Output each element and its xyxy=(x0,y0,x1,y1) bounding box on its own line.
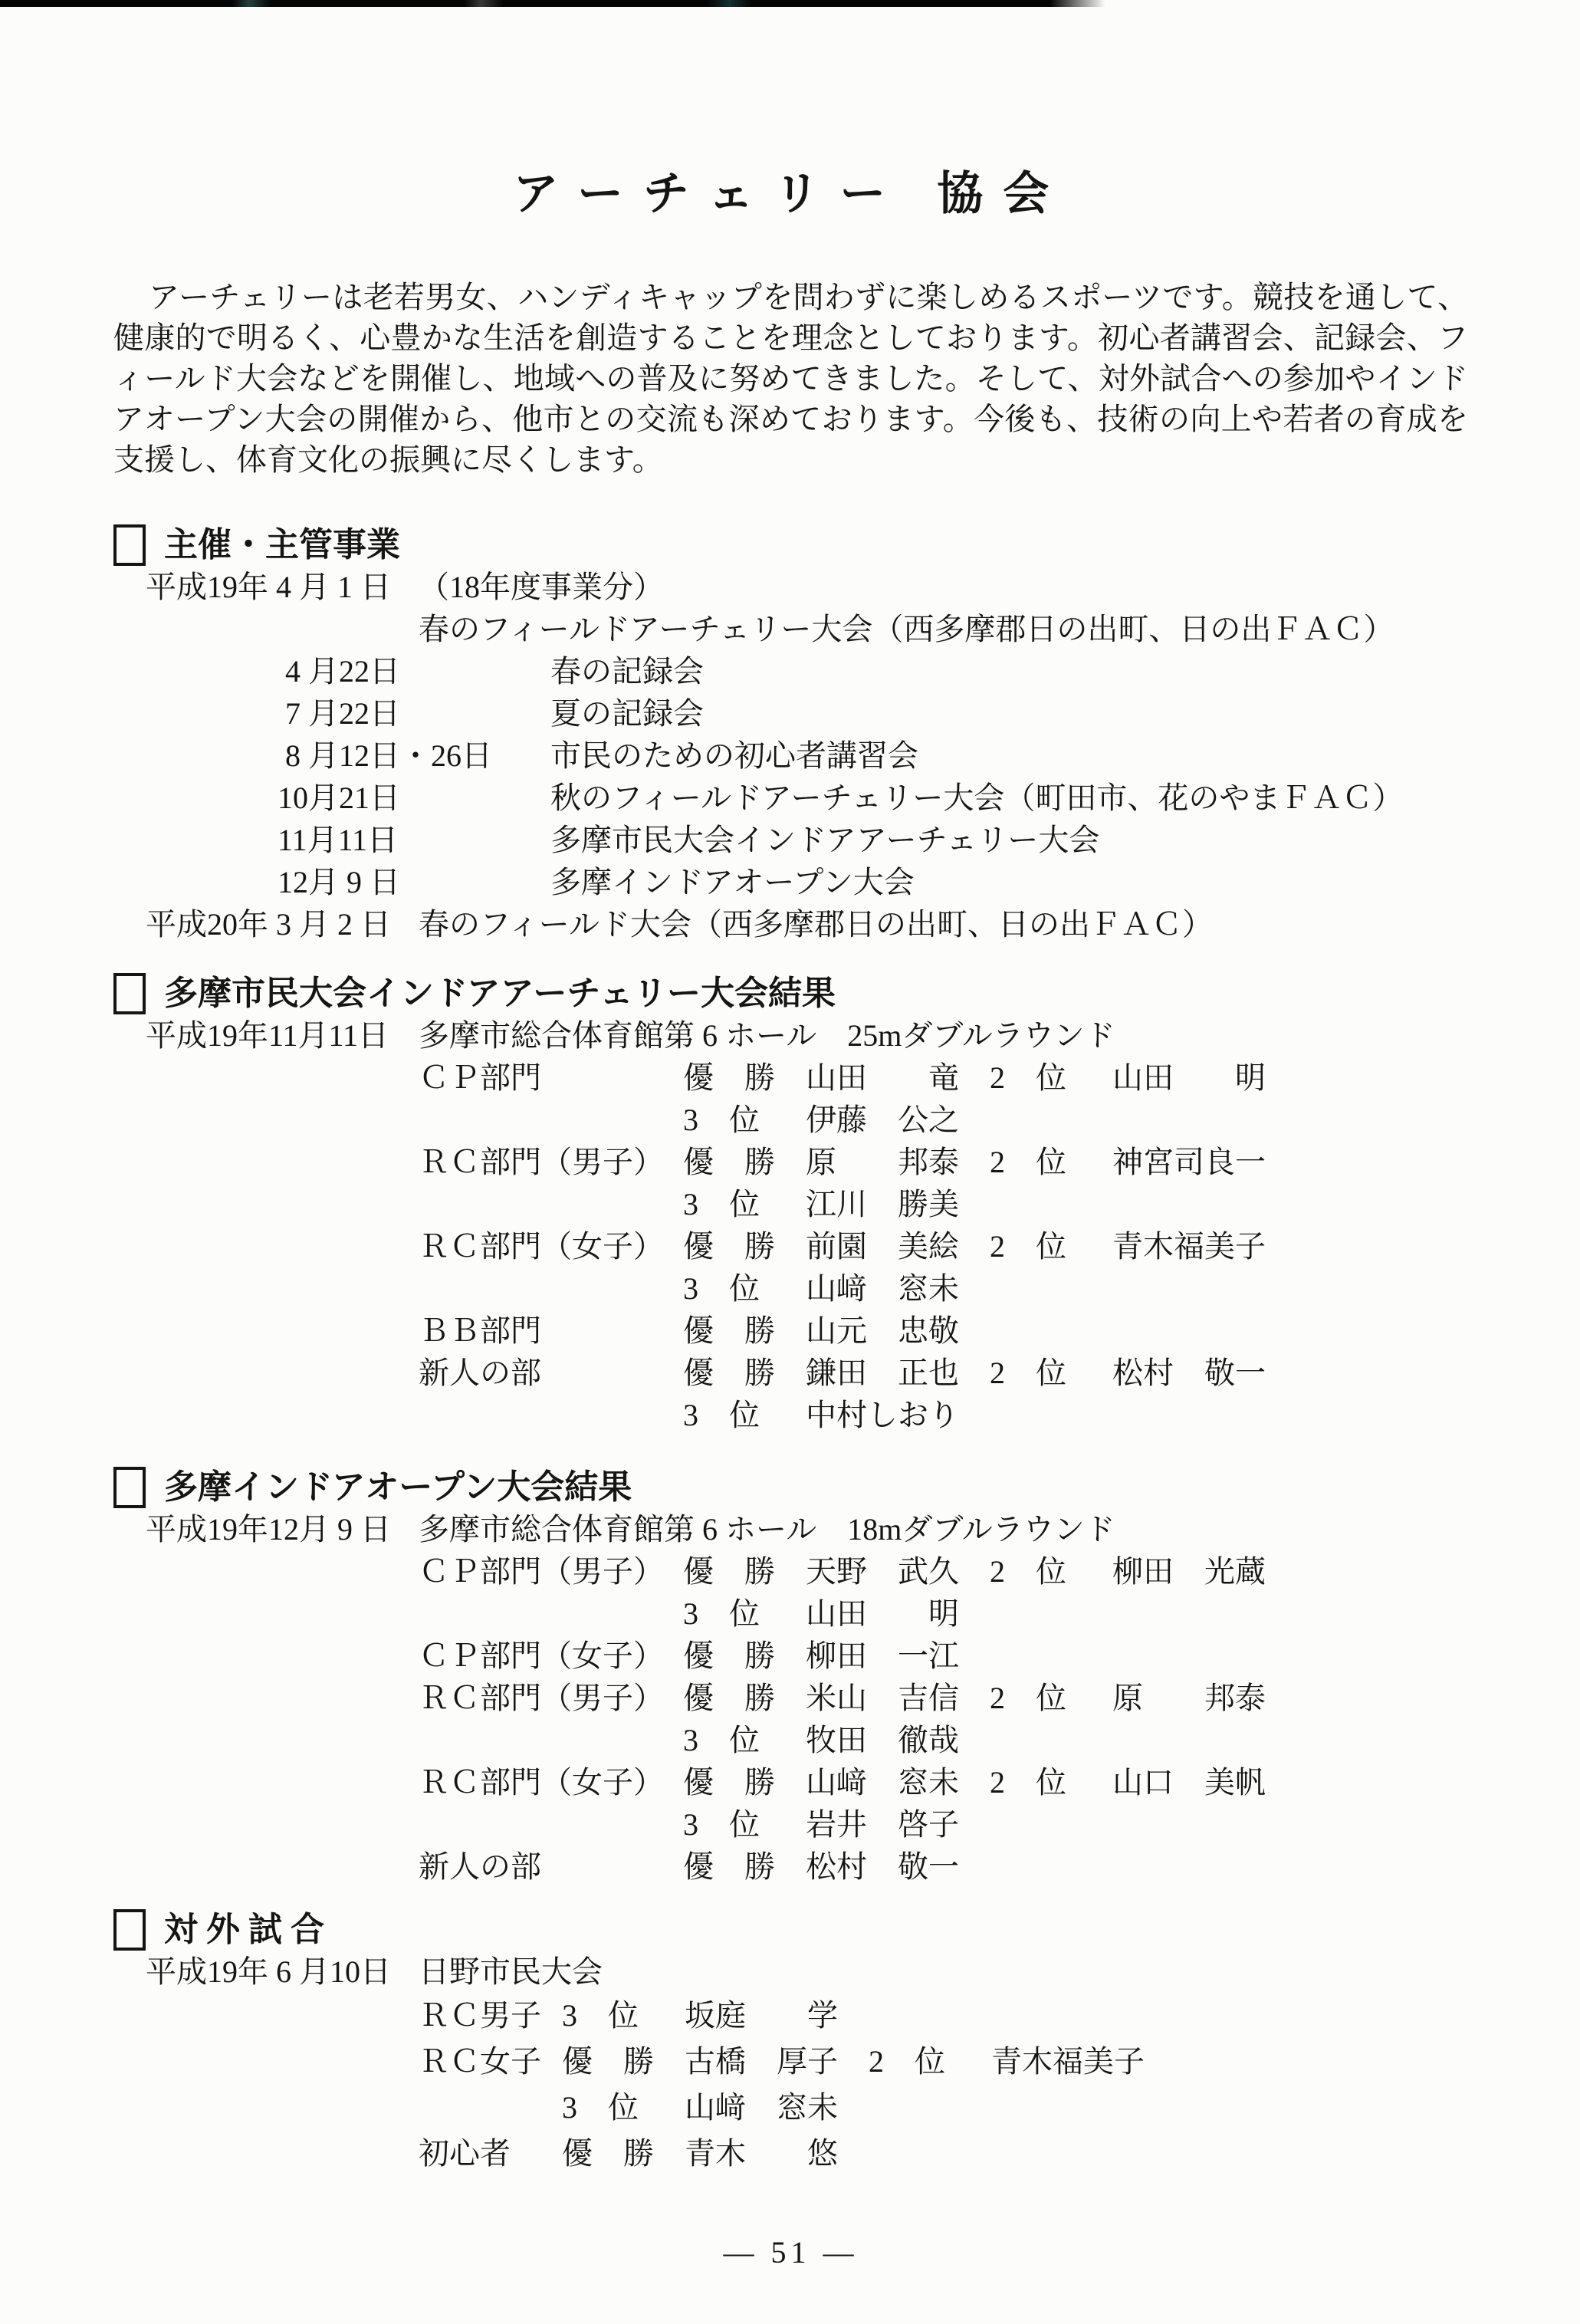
athlete-name: 原 邦泰 xyxy=(806,1141,959,1183)
division-label xyxy=(419,1267,683,1310)
rank-label: 優 勝 xyxy=(683,1635,775,1677)
rank-label: 3 位 xyxy=(683,1803,775,1846)
result-entry: 優 勝古橋 厚子 xyxy=(562,2039,869,2085)
result-row: ＲＣ女子優 勝古橋 厚子2 位青木福美子 xyxy=(419,2039,1468,2085)
athlete-name: 山田 明 xyxy=(1112,1057,1266,1099)
intro-paragraph: アーチェリーは老若男女、ハンディキャップを問わずに楽しめるスポーツです。競技を通… xyxy=(113,277,1468,480)
result-entry: 3 位中村しおり xyxy=(683,1394,990,1436)
schedule-row: 春のフィールドアーチェリー大会（西多摩郡日の出町、日の出ＦＡＣ） xyxy=(146,608,1468,650)
section-heading-text: 多摩インドアオープン大会結果 xyxy=(164,1469,632,1506)
rank-label: 3 位 xyxy=(683,1593,775,1635)
division-label: ＲＣ女子 xyxy=(419,2039,562,2085)
result-entry: 2 位柳田 光蔵 xyxy=(990,1550,1296,1593)
event-date: 平成19年11月11日 xyxy=(146,1014,419,1057)
division-label: ＢＢ部門 xyxy=(419,1310,683,1352)
section-heading-text: 対 外 試 合 xyxy=(164,1911,324,1948)
section-heading: 多摩インドアオープン大会結果 xyxy=(113,1467,1468,1508)
result-entry: 優 勝山﨑 窓未 xyxy=(683,1761,990,1803)
section-heading-text: 主催・主管事業 xyxy=(164,527,400,564)
event-venue: 多摩市総合体育館第 6 ホール 25mダブルラウンド xyxy=(419,1014,1115,1057)
result-entry: 3 位山﨑 窓未 xyxy=(683,1267,990,1310)
rank-label: 2 位 xyxy=(990,1550,1082,1593)
division-label: 新人の部 xyxy=(419,1352,683,1394)
result-entry: 優 勝松村 敬一 xyxy=(683,1846,990,1888)
result-row: ＢＢ部門優 勝山元 忠敬 xyxy=(419,1310,1468,1352)
rank-label: 3 位 xyxy=(683,1267,775,1310)
square-bullet-icon xyxy=(113,973,146,1014)
rank-label: 優 勝 xyxy=(683,1057,775,1099)
athlete-name: 山元 忠敬 xyxy=(806,1310,959,1352)
athlete-name: 山田 竜 xyxy=(806,1057,959,1099)
event-name: 夏の記録会 xyxy=(550,692,704,735)
results-list: ＲＣ男子3 位坂庭 学ＲＣ女子優 勝古橋 厚子2 位青木福美子3 位山﨑 窓未初… xyxy=(113,1993,1468,2177)
section-heading: 主催・主管事業 xyxy=(113,524,1468,566)
result-entry: 3 位伊藤 公之 xyxy=(683,1099,990,1141)
result-entry: 2 位山口 美帆 xyxy=(990,1761,1296,1803)
division-label xyxy=(419,1394,683,1436)
athlete-name: 伊藤 公之 xyxy=(806,1099,959,1141)
result-entry: 優 勝山田 竜 xyxy=(683,1057,990,1099)
result-entry: 2 位原 邦泰 xyxy=(990,1677,1296,1719)
section-tama-indoor-open-results: 多摩インドアオープン大会結果 平成19年12月 9 日 多摩市総合体育館第 6 … xyxy=(113,1467,1468,1888)
meta-row: 平成19年12月 9 日 多摩市総合体育館第 6 ホール 18mダブルラウンド xyxy=(146,1508,1468,1550)
event-name: 多摩市民大会インドアアーチェリー大会 xyxy=(550,819,1099,861)
rank-label: 3 位 xyxy=(683,1183,775,1225)
rank-label: 優 勝 xyxy=(683,1761,775,1803)
rank-label: 2 位 xyxy=(990,1225,1082,1267)
result-row: ＣＰ部門（男子）優 勝天野 武久2 位柳田 光蔵 xyxy=(419,1550,1468,1593)
result-row: ＣＰ部門（女子）優 勝柳田 一江 xyxy=(419,1635,1468,1677)
result-row: 3 位牧田 徹哉 xyxy=(419,1719,1468,1761)
page-title: アーチェリー 協会 xyxy=(113,157,1468,223)
result-entry: 3 位坂庭 学 xyxy=(562,1993,869,2039)
schedule-row: 4 月22日春の記録会 xyxy=(146,650,1468,692)
rank-label: 2 位 xyxy=(990,1352,1082,1394)
athlete-name: 前園 美絵 xyxy=(806,1225,959,1267)
event-date: 7 月22日 xyxy=(146,692,550,735)
event-name: （18年度事業分） xyxy=(419,566,664,608)
event-name: 春のフィールドアーチェリー大会（西多摩郡日の出町、日の出ＦＡＣ） xyxy=(419,608,1394,650)
rank-label: 2 位 xyxy=(990,1677,1082,1719)
result-entry: 3 位岩井 啓子 xyxy=(683,1803,990,1846)
result-entry: 優 勝柳田 一江 xyxy=(683,1635,990,1677)
result-row: 3 位山﨑 窓未 xyxy=(419,1267,1468,1310)
result-entry: 3 位江川 勝美 xyxy=(683,1183,990,1225)
division-label: 初心者 xyxy=(419,2131,562,2177)
rank-label: 優 勝 xyxy=(562,2131,654,2177)
division-label: ＲＣ部門（男子） xyxy=(419,1677,683,1719)
athlete-name: 松村 敬一 xyxy=(806,1846,959,1888)
rank-label: 3 位 xyxy=(562,2085,654,2131)
section-heading: 多摩市民大会インドアアーチェリー大会結果 xyxy=(113,973,1468,1014)
rank-label: 優 勝 xyxy=(683,1846,775,1888)
athlete-name: 山田 明 xyxy=(806,1593,959,1635)
event-date: 10月21日 xyxy=(146,777,550,819)
schedule-row: 8 月12日・26日市民のための初心者講習会 xyxy=(146,735,1468,777)
division-label xyxy=(419,1099,683,1141)
result-entry: 優 勝原 邦泰 xyxy=(683,1141,990,1183)
event-name: 秋のフィールドアーチェリー大会（町田市、花のやまＦＡＣ） xyxy=(550,777,1403,819)
division-label: ＲＣ部門（男子） xyxy=(419,1141,683,1183)
result-entry: 2 位神宮司良一 xyxy=(990,1141,1296,1183)
event-date: 平成19年 4 月 1 日 xyxy=(146,566,419,608)
rank-label: 3 位 xyxy=(683,1719,775,1761)
result-entry: 優 勝山元 忠敬 xyxy=(683,1310,990,1352)
athlete-name: 中村しおり xyxy=(806,1394,959,1436)
result-entry: 優 勝青木 悠 xyxy=(562,2131,869,2177)
result-row: 3 位中村しおり xyxy=(419,1394,1468,1436)
athlete-name: 鎌田 正也 xyxy=(806,1352,959,1394)
results-list: ＣＰ部門（男子）優 勝天野 武久2 位柳田 光蔵3 位山田 明ＣＰ部門（女子）優… xyxy=(113,1550,1468,1888)
result-row: 新人の部優 勝松村 敬一 xyxy=(419,1846,1468,1888)
schedule-row: 平成20年 3 月 2 日春のフィールド大会（西多摩郡日の出町、日の出ＦＡＣ） xyxy=(146,903,1468,945)
division-label: ＣＰ部門（男子） xyxy=(419,1550,683,1593)
rank-label: 2 位 xyxy=(990,1141,1082,1183)
athlete-name: 米山 吉信 xyxy=(806,1677,959,1719)
event-date: 4 月22日 xyxy=(146,650,550,692)
division-label xyxy=(419,2085,562,2131)
athlete-name: 古橋 厚子 xyxy=(685,2039,838,2085)
meta-row: 平成19年11月11日 多摩市総合体育館第 6 ホール 25mダブルラウンド xyxy=(146,1014,1468,1057)
athlete-name: 柳田 光蔵 xyxy=(1112,1550,1266,1593)
result-entry: 優 勝鎌田 正也 xyxy=(683,1352,990,1394)
event-name: 春のフィールド大会（西多摩郡日の出町、日の出ＦＡＣ） xyxy=(419,903,1213,945)
result-row: 3 位江川 勝美 xyxy=(419,1183,1468,1225)
result-entry: 3 位山田 明 xyxy=(683,1593,990,1635)
athlete-name: 山﨑 窓未 xyxy=(806,1761,959,1803)
result-row: 3 位山﨑 窓未 xyxy=(419,2085,1468,2131)
result-entry: 優 勝天野 武久 xyxy=(683,1550,990,1593)
schedule-row: 平成19年 4 月 1 日（18年度事業分） xyxy=(146,566,1468,608)
result-entry: 3 位山﨑 窓未 xyxy=(562,2085,869,2131)
athlete-name: 江川 勝美 xyxy=(806,1183,959,1225)
athlete-name: 青木福美子 xyxy=(1112,1225,1266,1267)
rank-label: 2 位 xyxy=(990,1057,1082,1099)
athlete-name: 松村 敬一 xyxy=(1112,1352,1266,1394)
event-venue: 多摩市総合体育館第 6 ホール 18mダブルラウンド xyxy=(419,1508,1115,1550)
schedule-list: 平成19年 4 月 1 日（18年度事業分）春のフィールドアーチェリー大会（西多… xyxy=(113,566,1468,945)
event-date: 12月 9 日 xyxy=(146,861,550,903)
athlete-name: 山口 美帆 xyxy=(1112,1761,1266,1803)
section-heading-text: 多摩市民大会インドアアーチェリー大会結果 xyxy=(164,975,836,1012)
scan-artifact-bar xyxy=(0,0,1105,7)
division-label xyxy=(419,1183,683,1225)
result-row: 新人の部優 勝鎌田 正也2 位松村 敬一 xyxy=(419,1352,1468,1394)
result-entry: 3 位牧田 徹哉 xyxy=(683,1719,990,1761)
square-bullet-icon xyxy=(113,1909,146,1951)
schedule-row: 10月21日秋のフィールドアーチェリー大会（町田市、花のやまＦＡＣ） xyxy=(146,777,1468,819)
division-label: ＲＣ部門（女子） xyxy=(419,1761,683,1803)
rank-label: 優 勝 xyxy=(683,1352,775,1394)
rank-label: 優 勝 xyxy=(683,1677,775,1719)
results-list: ＣＰ部門優 勝山田 竜2 位山田 明3 位伊藤 公之ＲＣ部門（男子）優 勝原 邦… xyxy=(113,1057,1468,1436)
page-number: ― 51 ― xyxy=(113,2234,1468,2270)
athlete-name: 天野 武久 xyxy=(806,1550,959,1593)
result-row: ＲＣ部門（男子）優 勝米山 吉信2 位原 邦泰 xyxy=(419,1677,1468,1719)
division-label: ＣＰ部門 xyxy=(419,1057,683,1099)
result-row: 3 位山田 明 xyxy=(419,1593,1468,1635)
result-row: 初心者優 勝青木 悠 xyxy=(419,2131,1468,2177)
rank-label: 3 位 xyxy=(683,1099,775,1141)
result-row: ＲＣ部門（男子）優 勝原 邦泰2 位神宮司良一 xyxy=(419,1141,1468,1183)
rank-label: 優 勝 xyxy=(683,1550,775,1593)
result-row: ＲＣ部門（女子）優 勝山﨑 窓未2 位山口 美帆 xyxy=(419,1761,1468,1803)
athlete-name: 岩井 啓子 xyxy=(806,1803,959,1846)
division-label xyxy=(419,1803,683,1846)
athlete-name: 山﨑 窓未 xyxy=(685,2085,838,2131)
event-name: 春の記録会 xyxy=(550,650,704,692)
result-entry: 2 位青木福美子 xyxy=(990,1225,1296,1267)
athlete-name: 青木福美子 xyxy=(991,2039,1145,2085)
rank-label: 優 勝 xyxy=(562,2039,654,2085)
athlete-name: 山﨑 窓未 xyxy=(806,1267,959,1310)
rank-label: 優 勝 xyxy=(683,1310,775,1352)
athlete-name: 牧田 徹哉 xyxy=(806,1719,959,1761)
event-date: 平成19年12月 9 日 xyxy=(146,1508,419,1550)
square-bullet-icon xyxy=(113,1467,146,1508)
athlete-name: 神宮司良一 xyxy=(1112,1141,1266,1183)
event-date: 平成20年 3 月 2 日 xyxy=(146,903,419,945)
division-label: ＲＣ男子 xyxy=(419,1993,562,2039)
rank-label: 3 位 xyxy=(683,1394,775,1436)
division-label xyxy=(419,1719,683,1761)
result-entry: 2 位松村 敬一 xyxy=(990,1352,1296,1394)
result-entry: 優 勝米山 吉信 xyxy=(683,1677,990,1719)
document-page: アーチェリー 協会 アーチェリーは老若男女、ハンディキャップを問わずに楽しめるス… xyxy=(0,157,1580,2270)
rank-label: 優 勝 xyxy=(683,1141,775,1183)
division-label: 新人の部 xyxy=(419,1846,683,1888)
section-external-matches: 対 外 試 合 平成19年 6 月10日 日野市民大会 ＲＣ男子3 位坂庭 学Ｒ… xyxy=(113,1909,1468,2177)
rank-label: 2 位 xyxy=(990,1761,1082,1803)
schedule-row: 11月11日多摩市民大会インドアアーチェリー大会 xyxy=(146,819,1468,861)
event-date xyxy=(146,608,419,650)
athlete-name: 柳田 一江 xyxy=(806,1635,959,1677)
rank-label: 優 勝 xyxy=(683,1225,775,1267)
schedule-row: 7 月22日夏の記録会 xyxy=(146,692,1468,735)
result-entry: 2 位山田 明 xyxy=(990,1057,1296,1099)
division-label xyxy=(419,1593,683,1635)
athlete-name: 青木 悠 xyxy=(685,2131,838,2177)
schedule-row: 12月 9 日多摩インドアオープン大会 xyxy=(146,861,1468,903)
event-date: 平成19年 6 月10日 xyxy=(146,1951,419,1993)
result-row: ＲＣ男子3 位坂庭 学 xyxy=(419,1993,1468,2039)
rank-label: 3 位 xyxy=(562,1993,654,2039)
result-entry: 優 勝前園 美絵 xyxy=(683,1225,990,1267)
rank-label: 2 位 xyxy=(869,2039,961,2085)
athlete-name: 原 邦泰 xyxy=(1112,1677,1266,1719)
result-row: ＲＣ部門（女子）優 勝前園 美絵2 位青木福美子 xyxy=(419,1225,1468,1267)
section-tama-citizens-indoor-results: 多摩市民大会インドアアーチェリー大会結果 平成19年11月11日 多摩市総合体育… xyxy=(113,973,1468,1436)
event-date: 11月11日 xyxy=(146,819,550,861)
event-date: 8 月12日・26日 xyxy=(146,735,550,777)
division-label: ＲＣ部門（女子） xyxy=(419,1225,683,1267)
athlete-name: 坂庭 学 xyxy=(685,1993,838,2039)
result-row: ＣＰ部門優 勝山田 竜2 位山田 明 xyxy=(419,1057,1468,1099)
square-bullet-icon xyxy=(113,524,146,566)
division-label: ＣＰ部門（女子） xyxy=(419,1635,683,1677)
result-row: 3 位伊藤 公之 xyxy=(419,1099,1468,1141)
result-row: 3 位岩井 啓子 xyxy=(419,1803,1468,1846)
result-entry: 2 位青木福美子 xyxy=(869,2039,1175,2085)
meta-row: 平成19年 6 月10日 日野市民大会 xyxy=(146,1951,1468,1993)
section-hosted-events: 主催・主管事業 平成19年 4 月 1 日（18年度事業分）春のフィールドアーチ… xyxy=(113,524,1468,945)
event-venue: 日野市民大会 xyxy=(419,1951,603,1993)
event-name: 多摩インドアオープン大会 xyxy=(550,861,915,903)
section-heading: 対 外 試 合 xyxy=(113,1909,1468,1951)
event-name: 市民のための初心者講習会 xyxy=(550,735,918,777)
